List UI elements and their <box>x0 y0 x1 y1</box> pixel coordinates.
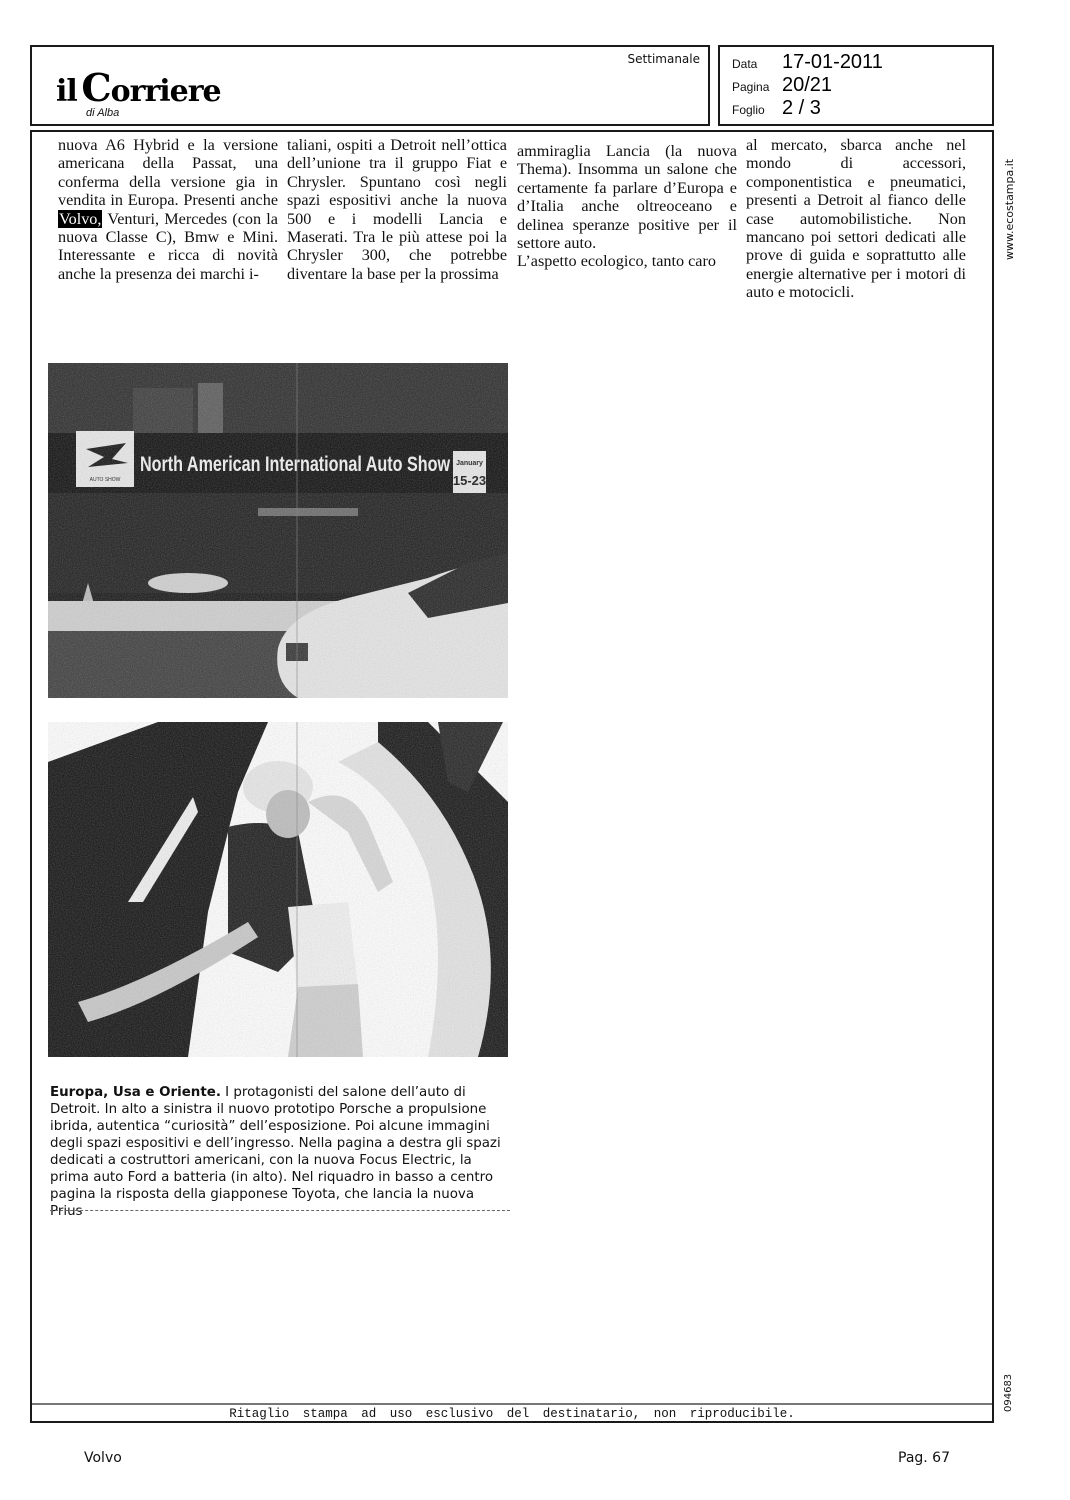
footer-page-number: Pag. 67 <box>898 1450 950 1466</box>
meta-label: Foglio <box>732 103 782 117</box>
meta-value: 2 / 3 <box>782 97 821 120</box>
newspaper-masthead: il Corriere <box>56 69 221 107</box>
caption-text: I protagonisti del salone dell’auto di D… <box>50 1085 501 1219</box>
source-url: www.ecostampa.it <box>1003 140 1019 260</box>
column-text: ammiraglia Lancia (la nuova Thema). Inso… <box>517 142 737 252</box>
meta-value: 17-01-2011 <box>782 51 883 74</box>
highlighted-keyword: Volvo, <box>58 210 102 228</box>
article-column-1: nuova A6 Hybrid e la versione americana … <box>58 136 278 283</box>
column-text: nuova A6 Hybrid e la versione americana … <box>58 136 278 209</box>
article-column-2: taliani, ospiti a Detroit nell’ottica de… <box>287 136 507 283</box>
photo-model-in-car <box>48 722 508 1057</box>
meta-value: 20/21 <box>782 74 832 97</box>
publication-frequency: Settimanale <box>628 52 700 66</box>
photo-auto-show-entrance: AUTO SHOW North American International A… <box>48 363 508 698</box>
masthead-initial: C <box>81 65 110 110</box>
meta-label: Data <box>732 57 782 71</box>
column-text: L’aspetto ecologico, tanto caro <box>517 252 737 270</box>
masthead-rest: orriere <box>111 74 221 109</box>
header-masthead-box: il Corriere di Alba Settimanale <box>30 45 710 126</box>
meta-sheet: Foglio 2 / 3 <box>732 97 821 120</box>
column-text: taliani, ospiti a Detroit nell’ottica de… <box>287 136 507 283</box>
column-text: al mercato, sbarca anche nel mondo di ac… <box>746 136 966 302</box>
masthead-subtitle: di Alba <box>86 107 119 119</box>
clipping-code: 094683 <box>1003 1368 1019 1412</box>
photo-caption: Europa, Usa e Oriente. I protagonisti de… <box>50 1084 510 1220</box>
header-meta-box: Data 17-01-2011 Pagina 20/21 Foglio 2 / … <box>718 45 994 126</box>
article-column-3: ammiraglia Lancia (la nuova Thema). Inso… <box>517 142 737 271</box>
article-column-4: al mercato, sbarca anche nel mondo di ac… <box>746 136 966 302</box>
meta-page: Pagina 20/21 <box>732 74 832 97</box>
footer-keyword: Volvo <box>84 1450 122 1466</box>
disclaimer-text: Ritaglio stampa ad uso esclusivo del des… <box>32 1405 992 1423</box>
meta-label: Pagina <box>732 80 782 94</box>
masthead-prefix: il <box>56 74 77 109</box>
meta-date: Data 17-01-2011 <box>732 51 883 74</box>
caption-lead: Europa, Usa e Oriente. <box>50 1085 221 1100</box>
caption-divider <box>50 1210 510 1211</box>
